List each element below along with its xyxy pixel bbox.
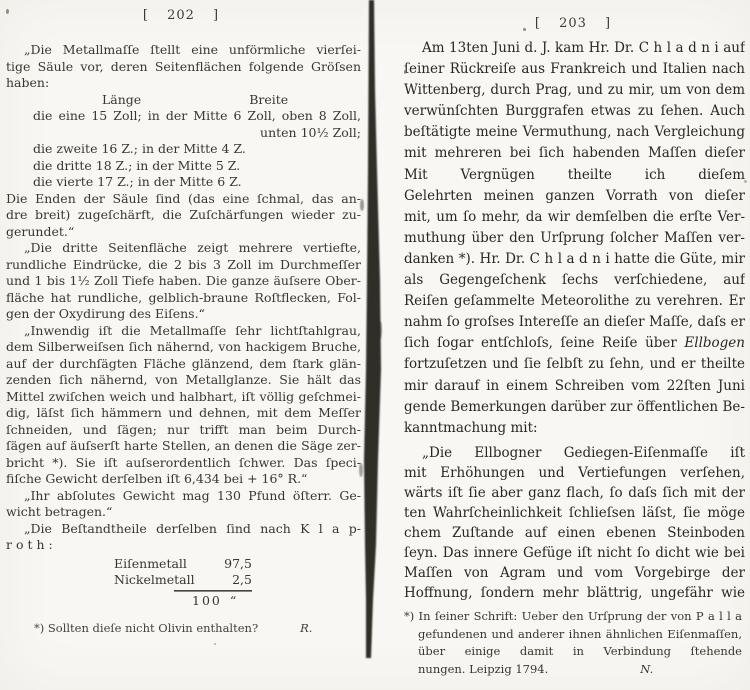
text-line: Gelehrten meinen ganzen Vorrath von dieſ… bbox=[404, 186, 745, 207]
text-line: zenden ſich nähernd, von Metallglanze. S… bbox=[6, 372, 361, 389]
component-value: 97,5 bbox=[214, 556, 252, 572]
text-line: danken *). Hr. Dr. C h l a d n i hatte d… bbox=[404, 249, 745, 270]
text-line: gerundet.“ bbox=[6, 224, 361, 241]
text-line: ſchneiden, und ſägen; nur trifft man bei… bbox=[6, 422, 361, 439]
scan-speck bbox=[744, 180, 747, 183]
text-line: gen der Oxydirung des Eiſens.“ bbox=[6, 306, 361, 323]
left-page-body: „Die Metallmaſſe ſtellt eine unförmliche… bbox=[6, 42, 361, 609]
scan-speck bbox=[404, 70, 406, 74]
text-line: ſeiner Rückreiſe aus Frankreich und Ital… bbox=[404, 59, 745, 80]
footnote-text: *) Sollten dieſe nicht Olivin enthalten? bbox=[34, 621, 258, 635]
book-page-spread: [ 202 ] „Die Metallmaſſe ſtellt eine unf… bbox=[0, 0, 750, 690]
text-line: mit Erhöhungen und Vertiefungen verſehen… bbox=[404, 463, 745, 483]
dimension-table-header: Länge Breite bbox=[6, 92, 361, 109]
column-laenge: Länge bbox=[102, 92, 141, 107]
text-line-with-italic: ſich ſogar entſchloſs, ſeine Reiſe über … bbox=[404, 333, 745, 354]
text-line: die vierte 17 Z.; in der Mitte 6 Z. bbox=[6, 174, 361, 191]
footnote-line: *) In ſeiner Schrift: Ueber den Urſprung… bbox=[404, 608, 742, 626]
right-page-body: Am 13ten Juni d. J. kam Hr. Dr. C h l a … bbox=[404, 38, 745, 603]
text-line: „Die Ellbogner Gediegen-Eiſenmaſſe iſt o… bbox=[404, 443, 745, 463]
text-line: Reiſen geſammelte Meteorolithe zu verehr… bbox=[404, 291, 745, 312]
text-line: fortzuſetzen und ſie ſelbſt zu ſehn, und… bbox=[404, 354, 745, 375]
footnote-line: über einige damit in Verbindung ſtehende… bbox=[404, 643, 742, 661]
right-footnote: *) In ſeiner Schrift: Ueber den Urſprung… bbox=[404, 608, 742, 678]
author-initial: N. bbox=[640, 662, 653, 676]
text-line: und 1 bis 1½ Zoll Tiefe haben. Die ganze… bbox=[6, 273, 361, 290]
text-line: rundliche Eindrücke, die 2 bis 3 Zoll im… bbox=[6, 257, 361, 274]
text-line: wicht betragen.“ bbox=[6, 504, 361, 521]
text-line: haben: bbox=[6, 75, 361, 92]
text-line: nahm ſo groſses Intereſſe an dieſer Maſſ… bbox=[404, 312, 745, 333]
text-line: „Die Beſtandtheile derſelben ſind nach K… bbox=[6, 521, 361, 538]
scan-speck bbox=[523, 28, 526, 31]
text-line: mir darauf in einem Schreiben vom 22ſten… bbox=[404, 376, 745, 397]
text-line: chem Zuſtande auf einen ebenen Steinbode… bbox=[404, 523, 745, 543]
text-line: bricht *). Sie iſt auſserordentlich ſchw… bbox=[6, 455, 361, 472]
author-initial: R. bbox=[300, 621, 312, 635]
footnote-line: gefundenen und anderer ihnen ähnlichen E… bbox=[404, 626, 742, 644]
composition-table: Eiſenmetall 97,5 Nickelmetall 2,5 100“ bbox=[6, 556, 361, 609]
text-line: „Die dritte Seitenfläche zeigt mehrere v… bbox=[6, 240, 361, 257]
text-line: mit mehreren bei ſich habenden Maſſen di… bbox=[404, 143, 745, 164]
left-footnote: *) Sollten dieſe nicht Olivin enthalten?… bbox=[34, 621, 344, 635]
table-row: Nickelmetall 2,5 bbox=[114, 572, 252, 588]
line-text: ſich ſogar entſchloſs, ſeine Reiſe über bbox=[404, 335, 677, 351]
text-line: kanntmachung mit: bbox=[404, 418, 745, 439]
left-page-number: [ 202 ] bbox=[6, 8, 356, 23]
text-line: unten 10½ Zoll; bbox=[6, 125, 361, 142]
text-line: auf der durchſägten Fläche glänzend, dem… bbox=[6, 356, 361, 373]
italic-place-name: Ellbogen bbox=[684, 335, 745, 351]
text-line: fläche hat rundliche, gelblich-braune Ro… bbox=[6, 290, 361, 307]
text-line: Die Enden der Säule ſind (das eine ſchma… bbox=[6, 191, 361, 208]
text-line: „Inwendig iſt die Metallmaſſe ſehr licht… bbox=[6, 323, 361, 340]
footnote-text: nungen. Leipzig 1794. bbox=[418, 662, 548, 676]
text-line: Maſſen von Agram und vom Vorgebirge der … bbox=[404, 563, 745, 583]
total-value: 100 bbox=[192, 593, 222, 608]
table-row: Eiſenmetall 97,5 bbox=[114, 556, 252, 572]
text-line: ſägen auf äuſserſt harte Stellen, an den… bbox=[6, 438, 361, 455]
scan-speck bbox=[214, 643, 216, 645]
text-line: mit, um ſo mehr, da wir demſelben die er… bbox=[404, 207, 745, 228]
composition-total: 100“ bbox=[192, 592, 361, 609]
text-line: fiſche Gewicht derſelben iſt 6,434 bei +… bbox=[6, 471, 361, 488]
text-line: Mit Vergnügen theilte ich dieſem achtung… bbox=[404, 165, 745, 186]
text-line: ten Wahrſcheinlichkeit ſchlieſsen läſst,… bbox=[404, 503, 745, 523]
text-line: Mittel zwiſchen weich und halbhart, iſt … bbox=[6, 389, 361, 406]
text-line: dre breit) zugeſchärft, die Zuſchärfunge… bbox=[6, 207, 361, 224]
text-line: als Gegengeſchenk ſechs verſchiedene, au… bbox=[404, 270, 745, 291]
column-breite: Breite bbox=[249, 92, 288, 107]
text-line: Am 13ten Juni d. J. kam Hr. Dr. C h l a … bbox=[404, 38, 745, 59]
text-line: r o t h : bbox=[6, 537, 361, 554]
text-line: „Ihr abſolutes Gewicht mag 130 Pfund öſt… bbox=[6, 488, 361, 505]
text-line: die zweite 16 Z.; in der Mitte 4 Z. bbox=[6, 141, 361, 158]
footnote-line: nungen. Leipzig 1794.N. bbox=[404, 661, 742, 679]
right-page-number: [ 203 ] bbox=[404, 16, 742, 31]
text-line: gende Bemerkungen darüber zur öffentlich… bbox=[404, 397, 745, 418]
text-line: Hoffnung, ſondern mehr blättrig, ungefäh… bbox=[404, 583, 745, 603]
text-line: ſeyn. Das innere Gefüge iſt nicht ſo dic… bbox=[404, 543, 745, 563]
text-line: muthung über den Urſprung ſolcher Maſſen… bbox=[404, 228, 745, 249]
text-line: dig, läſst ſich hämmern und dehnen, mit … bbox=[6, 405, 361, 422]
text-line: wärts iſt ſie aber ganz flach, ſo daſs ſ… bbox=[404, 483, 745, 503]
component-value: 2,5 bbox=[214, 572, 252, 588]
text-line: „Die Metallmaſſe ſtellt eine unförmliche… bbox=[6, 42, 361, 59]
text-line: die eine 15 Zoll; in der Mitte 6 Zoll, o… bbox=[6, 108, 361, 125]
text-line: die dritte 18 Z.; in der Mitte 5 Z. bbox=[6, 158, 361, 175]
text-line: dem Silberweiſsen ſich nähernd, von hack… bbox=[6, 339, 361, 356]
component-name: Nickelmetall bbox=[114, 572, 214, 588]
scan-speck bbox=[6, 9, 9, 14]
closing-quote: “ bbox=[230, 593, 236, 608]
text-line: Wittenberg, durch Prag, und zu mir, um v… bbox=[404, 80, 745, 101]
text-line: beſtätigte meine Vermuthung, nach Vergle… bbox=[404, 122, 745, 143]
component-name: Eiſenmetall bbox=[114, 556, 214, 572]
text-line: verwünſchten Burggrafen etwas zu ſehen. … bbox=[404, 101, 745, 122]
text-line: tige Säule vor, deren Seitenflächen folg… bbox=[6, 59, 361, 76]
